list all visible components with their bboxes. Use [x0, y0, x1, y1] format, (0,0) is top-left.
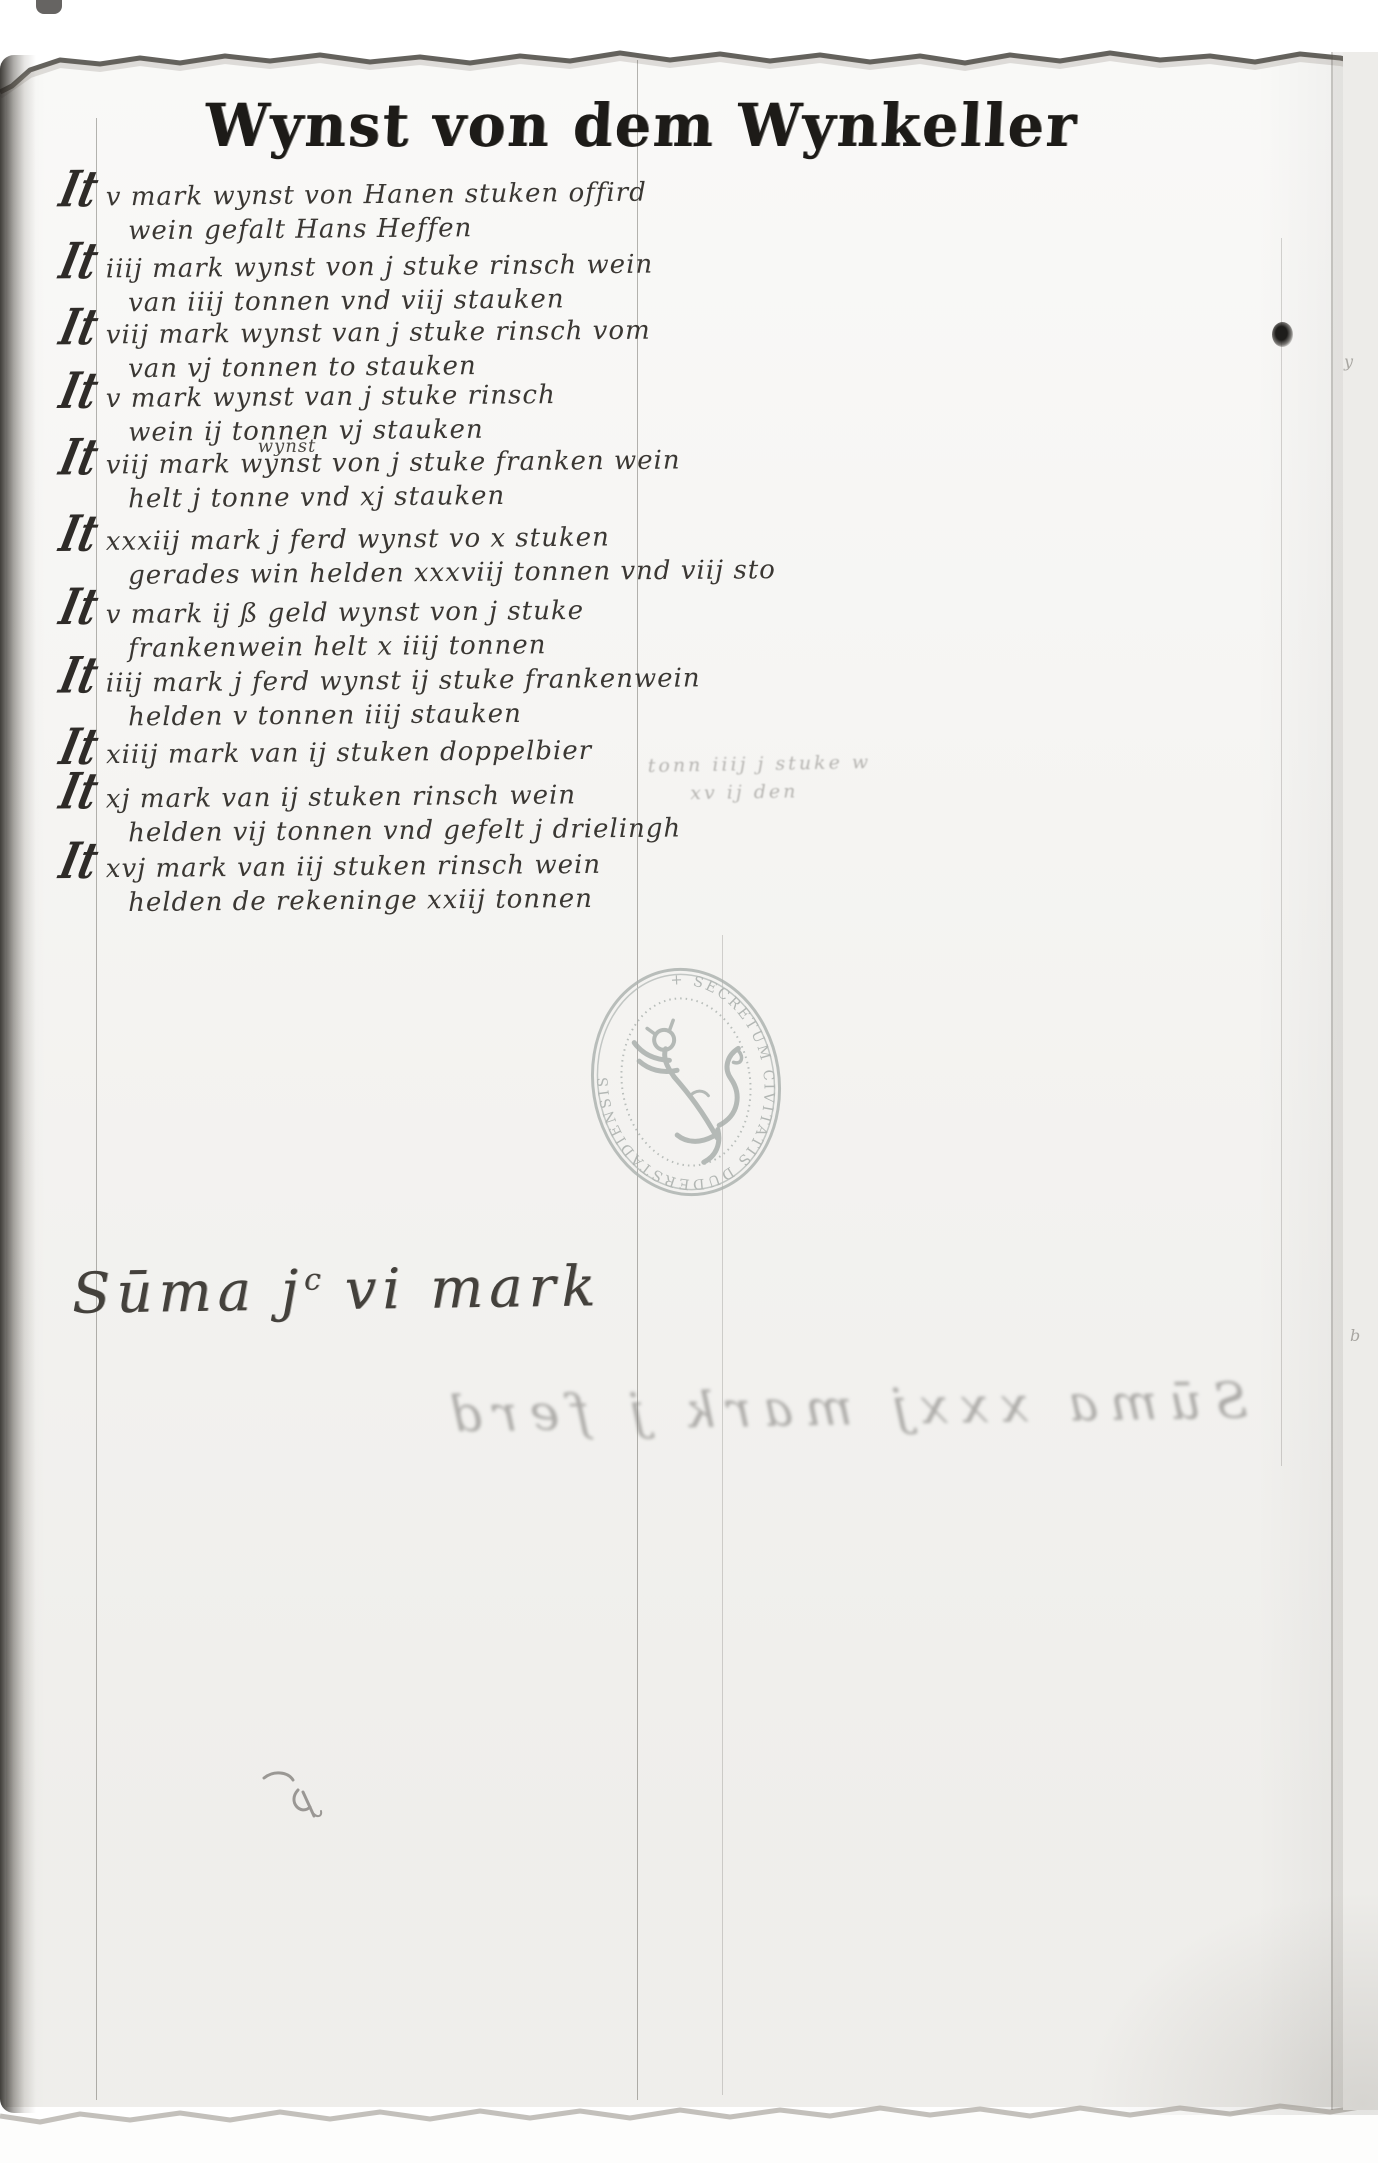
entry-line: gerades win helden xxxviij tonnen vnd vi…	[128, 553, 776, 593]
ledger-entry: It iiij mark wynst von j stuke rinsch we…	[106, 248, 654, 321]
summa-amount: jc vi mark	[280, 1254, 601, 1323]
page-heading: Wynst von dem Wynkeller	[203, 91, 1080, 161]
ledger-entry: It xj mark van ij stuken rinsch wein hel…	[106, 777, 682, 850]
ledger-entry: It xxxiij mark j ferd wynst vo x stuken …	[106, 519, 776, 593]
page-edge-right	[1331, 52, 1378, 2110]
ledger-entry: It v mark wynst van j stuke rinsch wein …	[106, 378, 556, 450]
summa-total-line: Sūma jc vi mark	[72, 1254, 602, 1326]
crease-line-right	[1281, 238, 1282, 1466]
ledger-entry: It iiij mark j ferd wynst ij stuke frank…	[106, 661, 701, 734]
interlinear-insertion: wynst	[258, 430, 317, 465]
entry-line: xj mark van ij stuken rinsch wein	[106, 777, 681, 816]
margin-speck: b	[1350, 1326, 1360, 1345]
manuscript-scan: Wynst von dem Wynkeller It v mark wynst …	[0, 0, 1378, 2163]
entry-line: helden vij tonnen vnd gefelt j drielingh	[128, 811, 681, 850]
ink-smudge	[256, 1762, 342, 1836]
marginal-note-line: xv ij den	[690, 779, 872, 804]
margin-speck: y	[1344, 352, 1353, 371]
binding-gutter-shadow	[0, 55, 36, 2113]
entry-line: v mark wynst van j stuke rinsch	[106, 378, 556, 416]
ledger-entry: It v mark ij ß geld wynst von j stuke fr…	[106, 594, 585, 666]
entry-line: v mark ij ß geld wynst von j stuke	[106, 594, 584, 632]
top-edge-ink-mark	[36, 0, 62, 14]
entry-line: helden de rekeninge xxiij tonnen	[128, 882, 602, 920]
ledger-entry: It wynst viij mark wynst von j stuke fra…	[106, 443, 681, 516]
summa-word: Sūma	[72, 1259, 258, 1327]
marginal-note-line: tonn iiij j stuke w	[648, 751, 872, 777]
entry-line: iiij mark wynst von j stuke rinsch wein	[106, 248, 654, 287]
entry-line: viij mark wynst van j stuke rinsch vom	[106, 314, 651, 353]
entry-line: xvj mark van iij stuken rinsch wein	[106, 848, 602, 886]
entry-line: helt j tonne vnd xj stauken	[128, 477, 681, 516]
seal-legend: + SECRETUM CIVITATIS DUDERSTADIENSIS	[580, 959, 793, 1205]
entry-line: iiij mark j ferd wynst ij stuke frankenw…	[106, 661, 701, 700]
entry-line: wein gefalt Hans Heffen	[128, 210, 647, 249]
ledger-entry: It viij mark wynst van j stuke rinsch vo…	[106, 314, 651, 387]
entry-line: viij mark wynst von j stuke franken wein	[106, 443, 681, 482]
entry-line: v mark wynst von Hanen stuken offird	[106, 176, 647, 215]
crease-line-left	[96, 118, 97, 2100]
entry-line: frankenwein helt x iiij tonnen	[128, 628, 584, 666]
marginal-note: tonn iiij j stuke w xv ij den	[648, 751, 872, 805]
corner-shade	[1080, 1890, 1378, 2115]
entry-line: wein ij tonnen vj stauken	[128, 412, 556, 450]
entry-line: xxxiij mark j ferd wynst vo x stuken	[106, 519, 776, 559]
ink-dot	[1272, 322, 1293, 347]
ledger-entry: It xiiij mark van ij stuken doppelbier	[106, 734, 592, 772]
entry-line: helden v tonnen iiij stauken	[128, 695, 701, 734]
city-seal-stamp: + SECRETUM CIVITATIS DUDERSTADIENSIS	[568, 948, 803, 1216]
entry-line: xiiij mark van ij stuken doppelbier	[106, 734, 592, 772]
ledger-entry: It v mark wynst von Hanen stuken offird …	[106, 176, 648, 249]
seal-lion-device	[632, 1011, 757, 1170]
ledger-entry: It xvj mark van iij stuken rinsch wein h…	[106, 848, 602, 920]
